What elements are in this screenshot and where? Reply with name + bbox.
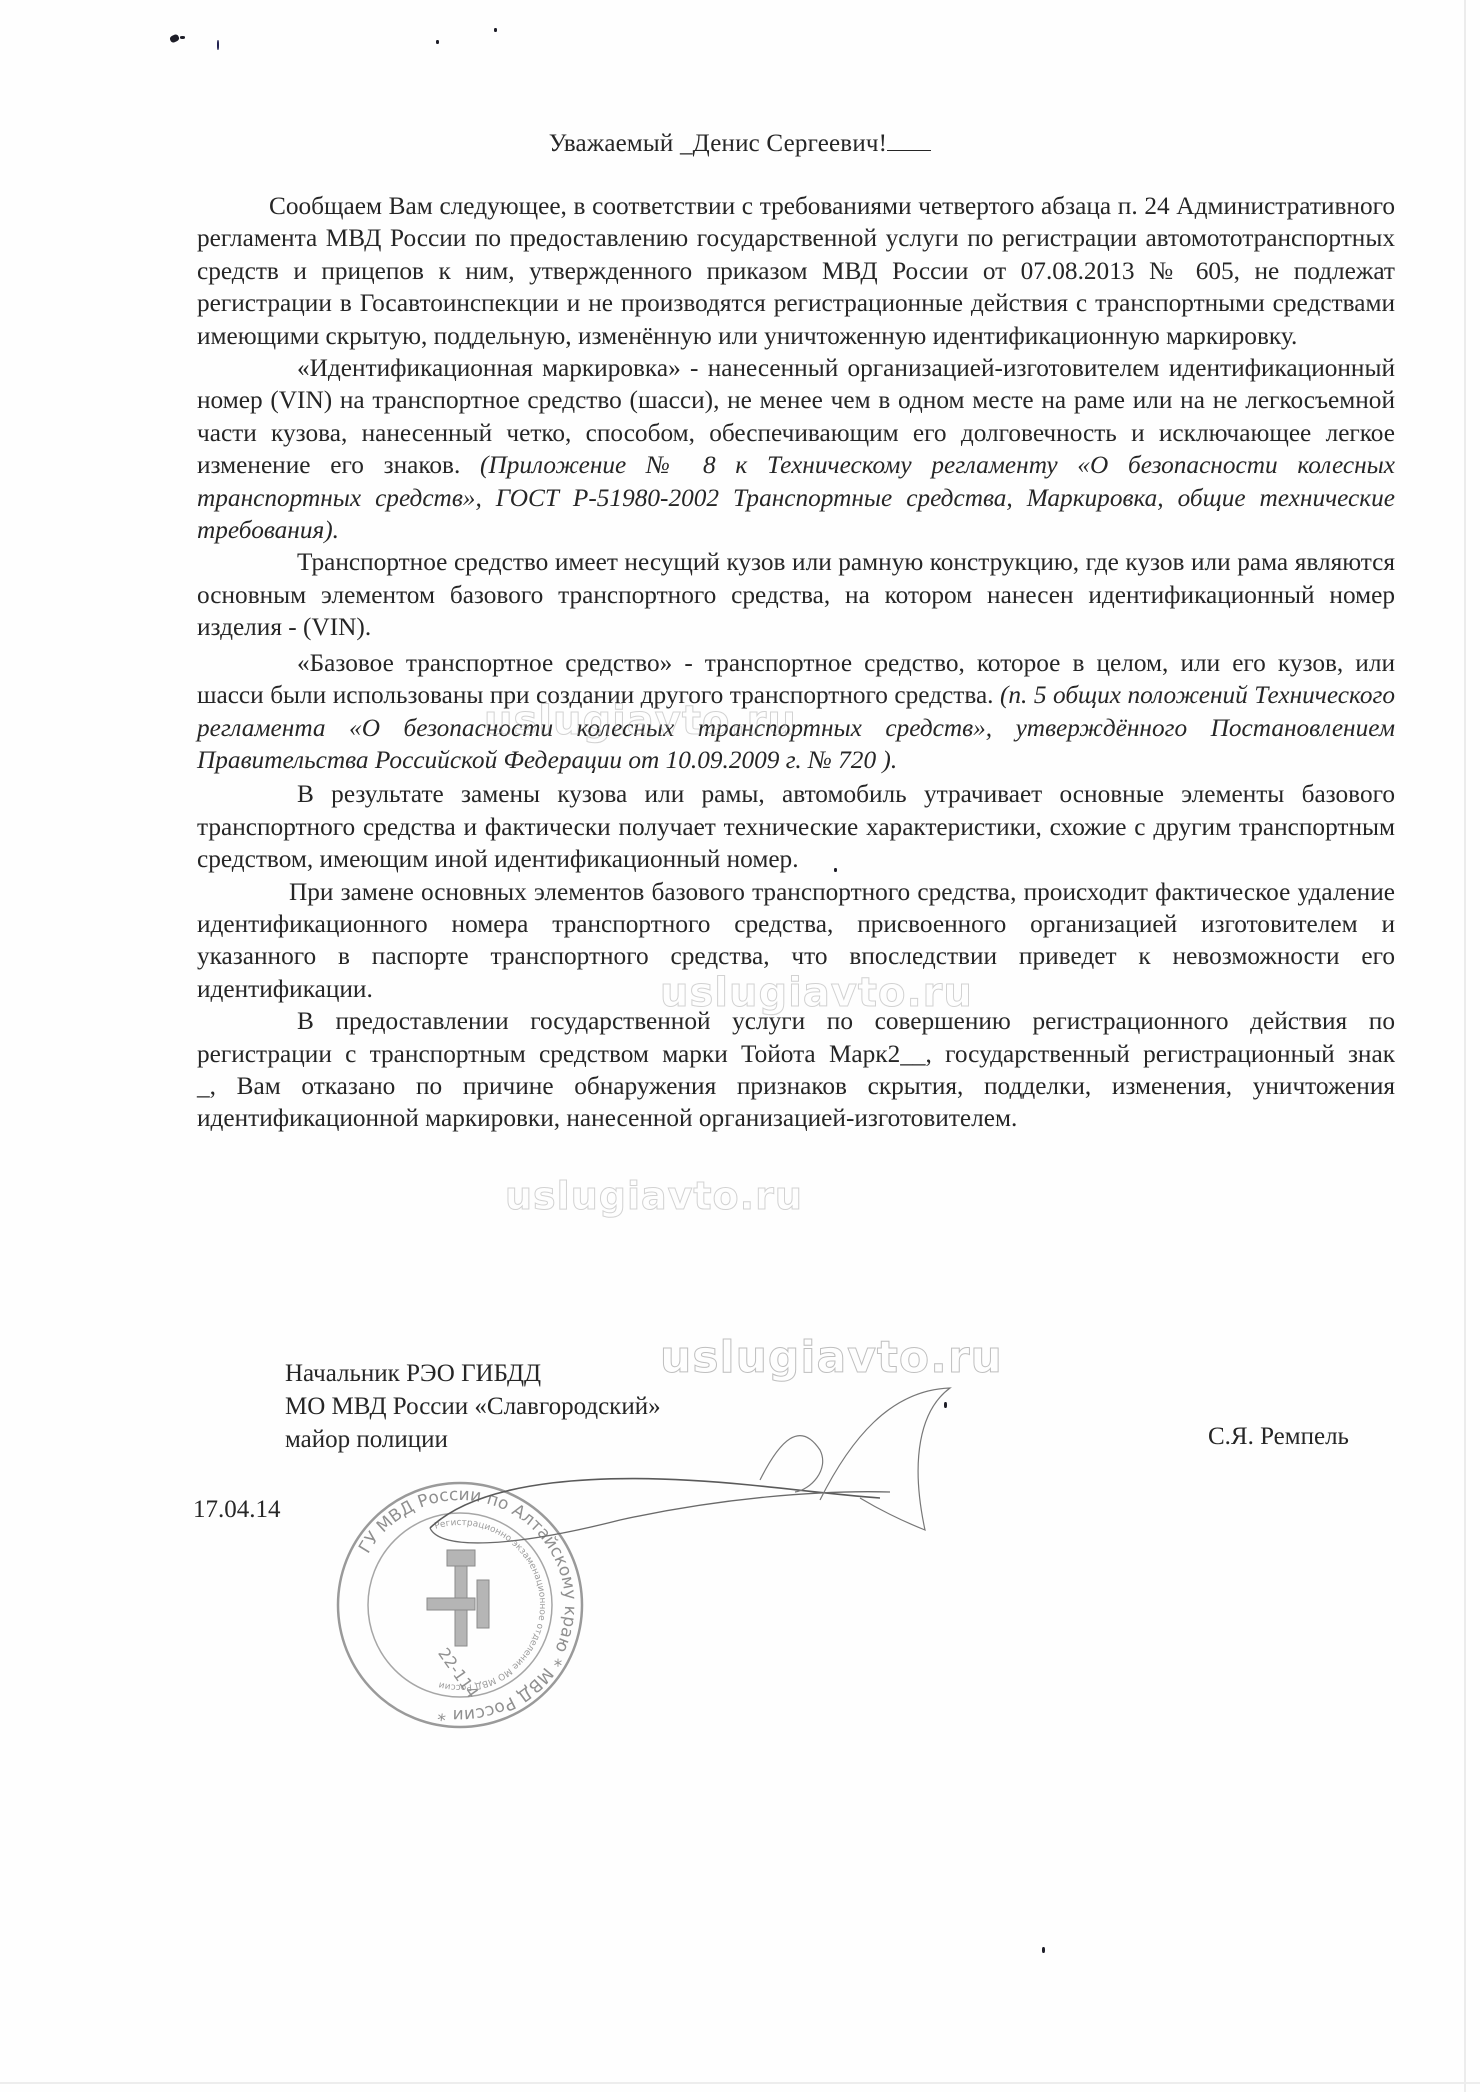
paragraph-text: В результате замены кузова или рамы, авт…	[197, 780, 1395, 873]
paragraph-identification-marking: «Идентификационная маркировка» - нанесен…	[197, 352, 1395, 546]
scan-speck	[180, 36, 185, 39]
paragraph-vehicle-body: Транспортное средство имеет несущий кузо…	[197, 546, 1395, 643]
letter-body: Сообщаем Вам следующее, в соответствии с…	[197, 190, 1395, 1135]
watermark: uslugiavto.ru	[505, 1174, 803, 1218]
paragraph-body-replacement: В результате замены кузова или рамы, авт…	[197, 778, 1395, 875]
paragraph-text: В предоставлении государственной услуги …	[197, 1007, 1471, 1132]
handwritten-signature-icon	[420, 1380, 960, 1560]
paragraph-regulation: Сообщаем Вам следующее, в соответствии с…	[197, 190, 1395, 352]
scan-speck	[436, 40, 439, 44]
paragraph-refusal: В предоставлении государственной услуги …	[197, 1005, 1395, 1135]
paragraph-vin-removal: При замене основных элементов базового т…	[197, 876, 1395, 1006]
letter-date: 17.04.14	[193, 1496, 281, 1524]
greeting-text: Уважаемый _Денис Сергеевич!	[549, 130, 887, 157]
scanned-letter-page: Уважаемый _Денис Сергеевич! Сообщаем Вам…	[0, 0, 1480, 2092]
paragraph-text: При замене основных элементов базового т…	[197, 878, 1395, 1003]
scan-speck	[169, 33, 180, 43]
signer-name: С.Я. Ремпель	[1208, 1423, 1349, 1451]
paragraph-base-vehicle: «Базовое транспортное средство» - трансп…	[197, 647, 1395, 777]
scan-speck	[1042, 1947, 1045, 1953]
paragraph-text: Транспортное средство имеет несущий кузо…	[197, 548, 1395, 641]
scan-speck	[494, 28, 497, 32]
watermark: uslugiavto.ru	[660, 1332, 1003, 1383]
scan-speck	[217, 40, 219, 50]
greeting-blank-underline	[887, 130, 931, 151]
paragraph-text: Сообщаем Вам следующее, в соответствии с…	[197, 192, 1395, 350]
svg-text:22-114: 22-114	[434, 1644, 482, 1701]
scan-edge-bottom	[0, 2082, 1480, 2084]
greeting-line: Уважаемый _Денис Сергеевич!	[0, 130, 1480, 158]
